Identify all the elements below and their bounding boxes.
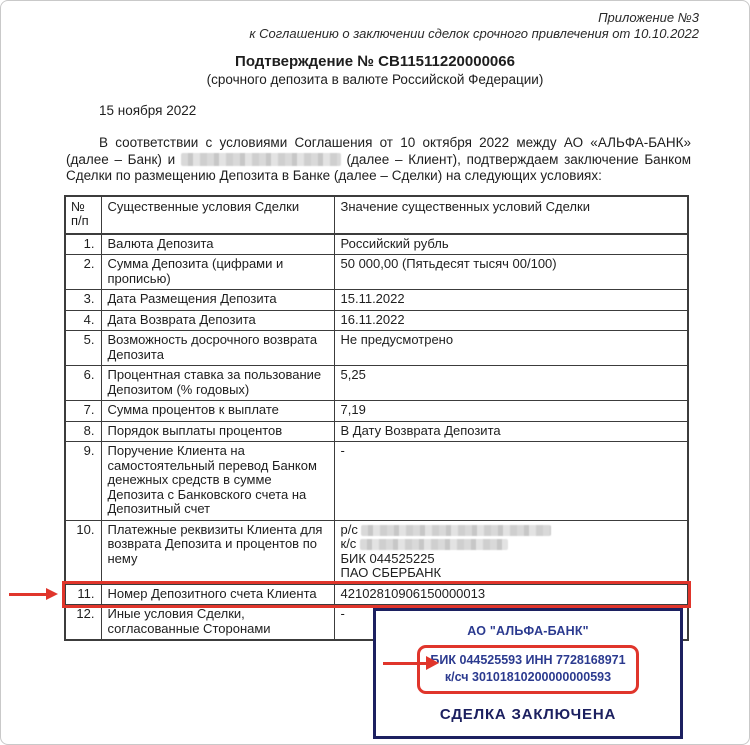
table-row: 11.Номер Депозитного счета Клиента421028… <box>65 584 688 605</box>
header-condition: Существенные условия Сделки <box>101 196 334 234</box>
row-condition: Сумма Депозита (цифрами и прописью) <box>101 255 334 290</box>
document-subtitle: (срочного депозита в валюте Российской Ф… <box>1 72 749 87</box>
account-label: р/с <box>341 522 362 537</box>
row-condition: Процентная ставка за пользование Депозит… <box>101 366 334 401</box>
table-row: 9.Поручение Клиента на самостоятельный п… <box>65 442 688 521</box>
row-condition: Дата Возврата Депозита <box>101 310 334 331</box>
row-number: 1. <box>65 234 101 255</box>
value-line: ПАО СБЕРБАНК <box>341 566 682 581</box>
row-value: р/с к/с БИК 044525225ПАО СБЕРБАНК <box>334 520 688 584</box>
row-value: 16.11.2022 <box>334 310 688 331</box>
table-row: 1.Валюта ДепозитаРоссийский рубль <box>65 234 688 255</box>
row-condition: Поручение Клиента на самостоятельный пер… <box>101 442 334 521</box>
header-value: Значение существенных условий Сделки <box>334 196 688 234</box>
table-header-row: № п/п Существенные условия Сделки Значен… <box>65 196 688 234</box>
appendix-line1: Приложение №3 <box>1 10 699 26</box>
appendix-line2: к Соглашению о заключении сделок срочног… <box>1 26 699 42</box>
table-body: 1.Валюта ДепозитаРоссийский рубль2.Сумма… <box>65 234 688 641</box>
stamp-red-arrow-icon <box>383 662 427 665</box>
client-name-redacted <box>181 153 341 166</box>
row-number: 9. <box>65 442 101 521</box>
row-number: 12. <box>65 605 101 641</box>
row-number: 10. <box>65 520 101 584</box>
header-num: № п/п <box>65 196 101 234</box>
row-value: 5,25 <box>334 366 688 401</box>
redacted-account-number <box>360 539 508 550</box>
stamp-requisites-line1: БИК 044525593 ИНН 7728168971 <box>430 652 625 669</box>
row-value: Российский рубль <box>334 234 688 255</box>
table-row: 5.Возможность досрочного возврата Депози… <box>65 331 688 366</box>
table-row: 2.Сумма Депозита (цифрами и прописью)50 … <box>65 255 688 290</box>
row-condition: Порядок выплаты процентов <box>101 421 334 442</box>
document-date: 15 ноября 2022 <box>99 103 749 118</box>
row-number: 5. <box>65 331 101 366</box>
stamp-requisites-line2: к/сч 30101810200000000593 <box>430 669 625 686</box>
row-number: 8. <box>65 421 101 442</box>
row-number: 7. <box>65 401 101 422</box>
row-condition: Номер Депозитного счета Клиента <box>101 584 334 605</box>
row-condition: Платежные реквизиты Клиента для возврата… <box>101 520 334 584</box>
row-value: В Дату Возврата Депозита <box>334 421 688 442</box>
row-number: 11. <box>65 584 101 605</box>
row-value: 15.11.2022 <box>334 290 688 311</box>
value-line: БИК 044525225 <box>341 552 682 567</box>
table-row: 4.Дата Возврата Депозита16.11.2022 <box>65 310 688 331</box>
document-title: Подтверждение № СВ11511220000066 <box>1 53 749 70</box>
row-number: 6. <box>65 366 101 401</box>
row-number: 3. <box>65 290 101 311</box>
row-condition: Дата Размещения Депозита <box>101 290 334 311</box>
account-label: к/с <box>341 536 360 551</box>
row-condition: Валюта Депозита <box>101 234 334 255</box>
highlight-red-arrow-icon <box>9 593 47 596</box>
table-row: 3.Дата Размещения Депозита15.11.2022 <box>65 290 688 311</box>
table-row: 10.Платежные реквизиты Клиента для возвр… <box>65 520 688 584</box>
row-value: 7,19 <box>334 401 688 422</box>
row-condition: Иные условия Сделки, согласованные Сторо… <box>101 605 334 641</box>
row-condition: Сумма процентов к выплате <box>101 401 334 422</box>
stamp-bank-name: АО "АЛЬФА-БАНК" <box>376 624 680 638</box>
appendix-note: Приложение №3 к Соглашению о заключении … <box>1 10 699 42</box>
bank-stamp: АО "АЛЬФА-БАНК" БИК 044525593 ИНН 772816… <box>373 608 683 739</box>
table-row: 7.Сумма процентов к выплате7,19 <box>65 401 688 422</box>
document-page: Приложение №3 к Соглашению о заключении … <box>0 0 750 745</box>
row-number: 2. <box>65 255 101 290</box>
redacted-account-number <box>361 525 551 536</box>
row-value: 50 000,00 (Пятьдесят тысяч 00/100) <box>334 255 688 290</box>
table-row: 8.Порядок выплаты процентовВ Дату Возвра… <box>65 421 688 442</box>
row-value: - <box>334 442 688 521</box>
row-number: 4. <box>65 310 101 331</box>
value-line: к/с <box>341 537 682 552</box>
stamp-status-text: СДЕЛКА ЗАКЛЮЧЕНА <box>376 706 680 723</box>
deal-conditions-table: № п/п Существенные условия Сделки Значен… <box>64 195 689 642</box>
intro-paragraph: В соответствии с условиями Соглашения от… <box>66 135 691 185</box>
row-value: Не предусмотрено <box>334 331 688 366</box>
row-condition: Возможность досрочного возврата Депозита <box>101 331 334 366</box>
row-value: 42102810906150000013 <box>334 584 688 605</box>
stamp-requisites-box: БИК 044525593 ИНН 7728168971 к/сч 301018… <box>417 645 638 694</box>
table-row: 6.Процентная ставка за пользование Депоз… <box>65 366 688 401</box>
value-line: р/с <box>341 523 682 538</box>
